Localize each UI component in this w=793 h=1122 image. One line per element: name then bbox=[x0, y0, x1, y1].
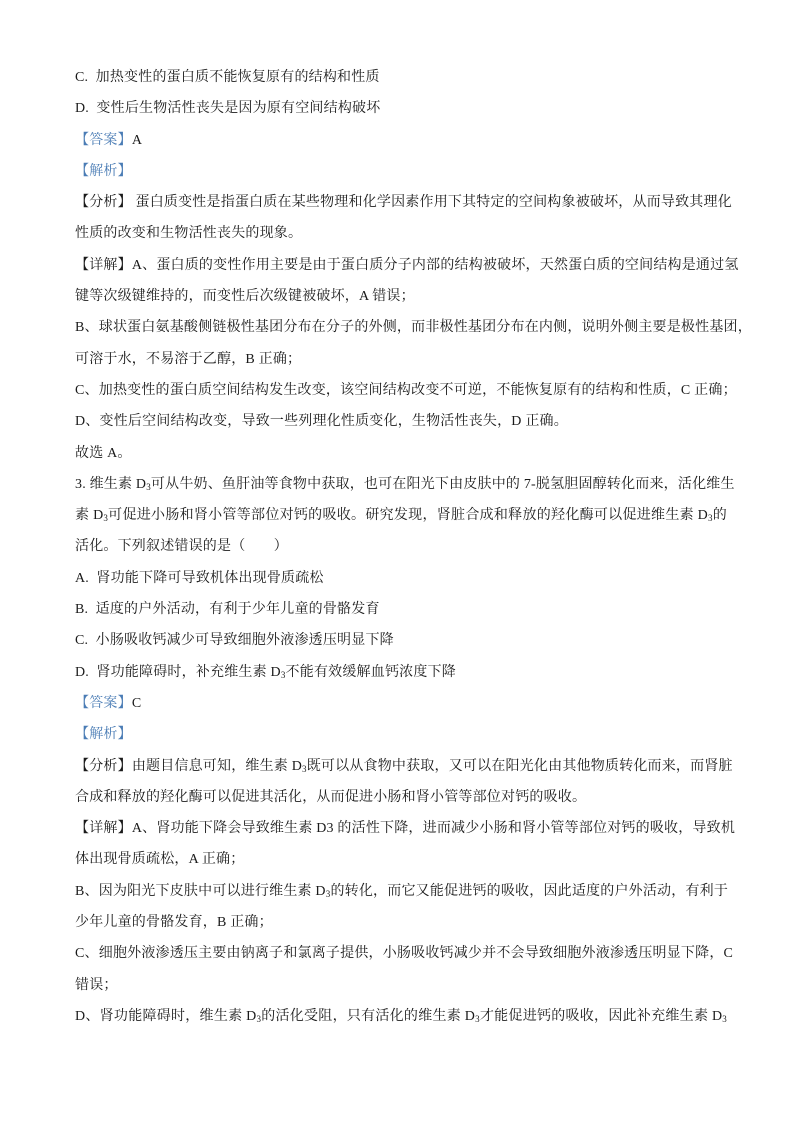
paragraph-text: D、肾功能障碍时，维生素 D bbox=[75, 1009, 256, 1024]
paragraph-text: C、细胞外液渗透压主要由钠离子和氯离子提供，小肠吸收钙减少并不会导致细胞外液渗透… bbox=[75, 946, 733, 961]
paragraph-text: 既可以从食物中获取，又可以在阳光化由其他物质转化而来，而肾脏 bbox=[307, 759, 733, 774]
option-text: 肾功能下降可导致机体出现骨质疏松 bbox=[96, 571, 323, 586]
option-letter: A. bbox=[75, 571, 89, 586]
paragraph-text: C、加热变性的蛋白质空间结构发生改变，该空间结构改变不可逆，不能恢复原有的结构和… bbox=[75, 383, 737, 398]
answer-value: A bbox=[132, 133, 142, 148]
question-stem-line: 素 D3可促进小肠和肾小管等部位对钙的吸收。研究发现，肾脏合成和释放的羟化酶可以… bbox=[75, 500, 727, 531]
xiangjie-line: D、肾功能障碍时，维生素 D3的活化受阻，只有活化的维生素 D3才能促进钙的吸收… bbox=[75, 1001, 727, 1032]
answer-value: C bbox=[132, 696, 142, 711]
option-text: 不能有效缓解血钙浓度下降 bbox=[286, 665, 456, 680]
paragraph-text: 才能促进钙的吸收，因此补充维生素 D bbox=[480, 1009, 722, 1024]
answer-label: 【答案】 bbox=[75, 133, 132, 148]
xiangjie-label: 【详解】 bbox=[75, 258, 132, 273]
xiangjie-line: 键等次级键维持的，而变性后次级键被破坏，A 错误； bbox=[75, 281, 727, 312]
option-a: A. 肾功能下降可导致机体出现骨质疏松 bbox=[75, 563, 727, 594]
option-d: D. 变性后生物活性丧失是因为原有空间结构破坏 bbox=[75, 93, 727, 124]
stem-text: 可从牛奶、鱼肝油等食物中获取，也可在阳光下由皮肤中的 7-脱氢胆固醇转化而来，活… bbox=[151, 477, 735, 492]
stem-text: 活化。下列叙述错误的是（ ） bbox=[75, 539, 288, 554]
xiangjie-line: B、因为阳光下皮肤中可以进行维生素 D3的转化，而它又能促进钙的吸收，因此适度的… bbox=[75, 876, 727, 907]
fenxi-label: 【分析】 bbox=[75, 759, 132, 774]
option-text: 小肠吸收钙减少可导致细胞外液渗透压明显下降 bbox=[96, 633, 394, 648]
paragraph-text: B、球状蛋白氨基酸侧链极性基团分布在分子的外侧，而非极性基团分布在内侧，说明外侧… bbox=[75, 320, 752, 335]
xiangjie-line: 少年儿童的骨骼发育，B 正确； bbox=[75, 907, 727, 938]
fenxi-line: 【分析】由题目信息可知，维生素 D3既可以从食物中获取，又可以在阳光化由其他物质… bbox=[75, 751, 727, 782]
analysis-heading: 【解析】 bbox=[75, 156, 727, 187]
paragraph-text: 合成和释放的羟化酶可以促进其活化，从而促进小肠和肾小管等部位对钙的吸收。 bbox=[75, 790, 586, 805]
option-d: D. 肾功能障碍时，补充维生素 D3不能有效缓解血钙浓度下降 bbox=[75, 657, 727, 688]
paragraph-text: 故选 A。 bbox=[75, 446, 132, 461]
paragraph-text: 键等次级键维持的，而变性后次级键被破坏，A 错误； bbox=[75, 289, 415, 304]
xiangjie-line: D、变性后空间结构改变，导致一些列理化性质变化，生物活性丧失，D 正确。 bbox=[75, 406, 727, 437]
xiangjie-label: 【详解】 bbox=[75, 821, 132, 836]
option-letter: D. bbox=[75, 665, 89, 680]
stem-text: 3. 维生素 D bbox=[75, 477, 146, 492]
option-text: 肾功能障碍时，补充维生素 D bbox=[96, 665, 280, 680]
analysis-label: 【解析】 bbox=[75, 727, 132, 742]
paragraph-text: 的转化，而它又能促进钙的吸收，因此适度的户外活动，有利于 bbox=[330, 884, 728, 899]
conclusion-line: 故选 A。 bbox=[75, 438, 727, 469]
stem-text: 可促进小肠和肾小管等部位对钙的吸收。研究发现，肾脏合成和释放的羟化酶可以促进维生… bbox=[108, 508, 708, 523]
xiangjie-line: 【详解】A、肾功能下降会导致维生素 D3 的活性下降，进而减少小肠和肾小管等部位… bbox=[75, 813, 727, 844]
xiangjie-line: 体出现骨质疏松，A 正确； bbox=[75, 844, 727, 875]
paragraph-text: 蛋白质变性是指蛋白质在某些物理和化学因素作用下其特定的空间构象被破坏，从而导致其… bbox=[132, 195, 732, 210]
option-c: C. 加热变性的蛋白质不能恢复原有的结构和性质 bbox=[75, 62, 727, 93]
xiangjie-line: 错误； bbox=[75, 970, 727, 1001]
question-stem-line: 活化。下列叙述错误的是（ ） bbox=[75, 531, 727, 562]
paragraph-text: 的活化受阻，只有活化的维生素 D bbox=[261, 1009, 475, 1024]
paragraph-text: 少年儿童的骨骼发育，B 正确； bbox=[75, 915, 273, 930]
option-text: 加热变性的蛋白质不能恢复原有的结构和性质 bbox=[96, 70, 380, 85]
fenxi-line: 性质的改变和生物活性丧失的现象。 bbox=[75, 218, 727, 249]
stem-text: 素 D bbox=[75, 508, 103, 523]
option-letter: C. bbox=[75, 633, 88, 648]
option-letter: C. bbox=[75, 70, 88, 85]
subscript: 3 bbox=[722, 1014, 727, 1024]
answer-label: 【答案】 bbox=[75, 696, 132, 711]
option-letter: B. bbox=[75, 602, 88, 617]
paragraph-text: 性质的改变和生物活性丧失的现象。 bbox=[75, 226, 302, 241]
analysis-label: 【解析】 bbox=[75, 164, 132, 179]
option-b: B. 适度的户外活动，有利于少年儿童的骨骼发育 bbox=[75, 594, 727, 625]
paragraph-text: 错误； bbox=[75, 978, 118, 993]
answer-line: 【答案】C bbox=[75, 688, 727, 719]
xiangjie-line: C、细胞外液渗透压主要由钠离子和氯离子提供，小肠吸收钙减少并不会导致细胞外液渗透… bbox=[75, 938, 727, 969]
xiangjie-line: C、加热变性的蛋白质空间结构发生改变，该空间结构改变不可逆，不能恢复原有的结构和… bbox=[75, 375, 727, 406]
answer-line: 【答案】A bbox=[75, 125, 727, 156]
xiangjie-line: B、球状蛋白氨基酸侧链极性基团分布在分子的外侧，而非极性基团分布在内侧，说明外侧… bbox=[75, 312, 727, 343]
stem-text: 的 bbox=[713, 508, 727, 523]
paragraph-text: 体出现骨质疏松，A 正确； bbox=[75, 852, 244, 867]
fenxi-line: 合成和释放的羟化酶可以促进其活化，从而促进小肠和肾小管等部位对钙的吸收。 bbox=[75, 782, 727, 813]
xiangjie-line: 【详解】A、蛋白质的变性作用主要是由于蛋白质分子内部的结构被破坏，天然蛋白质的空… bbox=[75, 250, 727, 281]
question-stem-line: 3. 维生素 D3可从牛奶、鱼肝油等食物中获取，也可在阳光下由皮肤中的 7-脱氢… bbox=[75, 469, 727, 500]
option-text: 变性后生物活性丧失是因为原有空间结构破坏 bbox=[96, 101, 380, 116]
xiangjie-line: 可溶于水，不易溶于乙醇，B 正确； bbox=[75, 344, 727, 375]
analysis-heading: 【解析】 bbox=[75, 719, 727, 750]
document-page: C. 加热变性的蛋白质不能恢复原有的结构和性质 D. 变性后生物活性丧失是因为原… bbox=[75, 62, 727, 1032]
paragraph-text: B、因为阳光下皮肤中可以进行维生素 D bbox=[75, 884, 326, 899]
paragraph-text: 可溶于水，不易溶于乙醇，B 正确； bbox=[75, 352, 301, 367]
option-text: 适度的户外活动，有利于少年儿童的骨骼发育 bbox=[96, 602, 380, 617]
option-letter: D. bbox=[75, 101, 89, 116]
fenxi-label: 【分析】 bbox=[75, 195, 132, 210]
fenxi-line: 【分析】 蛋白质变性是指蛋白质在某些物理和化学因素作用下其特定的空间构象被破坏，… bbox=[75, 187, 727, 218]
option-c: C. 小肠吸收钙减少可导致细胞外液渗透压明显下降 bbox=[75, 625, 727, 656]
paragraph-text: 由题目信息可知，维生素 D bbox=[132, 759, 302, 774]
paragraph-text: D、变性后空间结构改变，导致一些列理化性质变化，生物活性丧失，D 正确。 bbox=[75, 414, 568, 429]
paragraph-text: A、肾功能下降会导致维生素 D3 的活性下降，进而减少小肠和肾小管等部位对钙的吸… bbox=[132, 821, 735, 836]
paragraph-text: A、蛋白质的变性作用主要是由于蛋白质分子内部的结构被破坏，天然蛋白质的空间结构是… bbox=[132, 258, 739, 273]
